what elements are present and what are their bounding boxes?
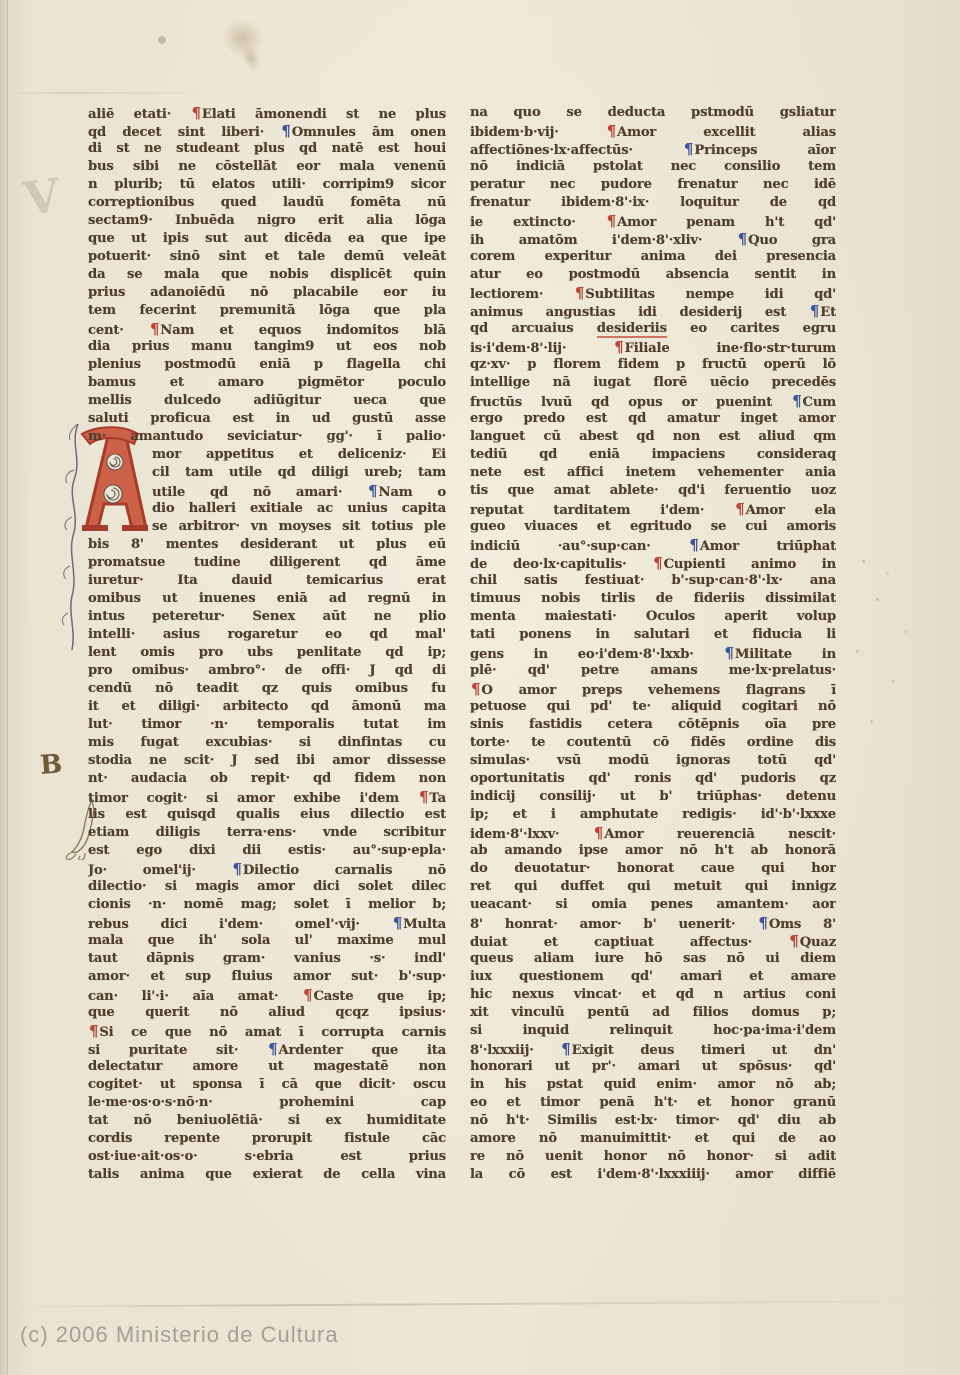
manuscript-line: qd arcuaius desideriis eo carites egru	[470, 320, 836, 338]
manuscript-line: qd decet sint liberi· ¶Omnules ām onen	[88, 122, 446, 140]
manuscript-line: talis anima que exierat de cella vina	[88, 1166, 446, 1184]
manuscript-line: atur eo postmodū absencia sentit in	[470, 266, 836, 284]
manuscript-line: amore nō manuimittit· et qui de ao	[470, 1130, 836, 1148]
binding-edge-line	[7, 0, 8, 1375]
manuscript-line: cogitet· ut sponsa ī cā que dicit· oscu	[88, 1076, 446, 1094]
manuscript-line: qz·xv· p florem fidem p fructū operū lō	[470, 356, 836, 374]
rubric-pilcrow-blue: ¶	[392, 914, 403, 932]
manuscript-line: aliē etati· ¶Elati āmonendi st ne plus	[88, 104, 446, 122]
rubric-pilcrow-red: ¶	[734, 500, 745, 518]
manuscript-line: dia prius manu tangim9 ut eos nob	[88, 338, 446, 356]
manuscript-line: chil satis festiuat· b'·sup·can·8'·lx· a…	[470, 572, 836, 590]
manuscript-line: Jo· omel'ij· ¶Dilectio carnalis nō	[88, 860, 446, 878]
manuscript-line: ab amando ipse amor nō h't ab honorā	[470, 842, 836, 860]
manuscript-line: peratur nec pudore frenatur nec idē	[470, 176, 836, 194]
manuscript-line: eo et timor penā h't· et honor granū	[470, 1094, 836, 1112]
rubric-pilcrow-red: ¶	[191, 104, 202, 122]
manuscript-line: iuretur· Ita dauid temicarius erat	[88, 572, 446, 590]
rubric-pilcrow-blue: ¶	[560, 1040, 571, 1058]
manuscript-line: ueacant· si omia penes amantem· aor	[470, 896, 836, 914]
manuscript-line: idem·8'·lxxv· ¶Amor reuerenciā nescit·	[470, 824, 836, 842]
margin-letter-b: B	[39, 749, 63, 780]
manuscript-line: nō indiciā pstolat nec consilio tem	[470, 158, 836, 176]
manuscript-line: petuose qui pd' te· aliquid cogitari nō	[470, 698, 836, 716]
manuscript-line: cordis repente prorupit fistule cāc	[88, 1130, 446, 1148]
manuscript-line: se arbitror· vn moyses sit totius ple	[88, 518, 446, 536]
rubric-pilcrow-red: ¶	[88, 1022, 99, 1040]
manuscript-line: duiat et captiuat affectus· ¶Quaz	[470, 932, 836, 950]
manuscript-line: dio halleri exitiale ac unius capita	[88, 500, 446, 518]
manuscript-line: tat nō beniuolētiā· si ex humiditate	[88, 1112, 446, 1130]
manuscript-line: ih amatōm i'dem·8'·xliv· ¶Quo gra	[470, 230, 836, 248]
rubric-pilcrow-red: ¶	[788, 932, 799, 950]
manuscript-line: intus peteretur· Senex aūt ne plio	[88, 608, 446, 626]
manuscript-line: lis est quisqd qualis eius dilectio est	[88, 806, 446, 824]
manuscript-line: m· amantudo seviciatur· gg'· ī palio·	[88, 428, 446, 446]
manuscript-line: delectatur amore ut magestatē non	[88, 1058, 446, 1076]
manuscript-line: sinis fastidis cetera cōtēpnis oīa pre	[470, 716, 836, 734]
manuscript-line: si inquid relinquit hoc·pa·ima·i'dem	[470, 1022, 836, 1040]
parchment-crease	[0, 92, 220, 94]
parchment-stain	[158, 36, 166, 44]
manuscript-line: correptionibus qued laudū fomēta nū	[88, 194, 446, 212]
manuscript-line: menta maiestati· Oculos aperit volup	[470, 608, 836, 626]
manuscript-line: timor cogit· si amor exhibe i'dem ¶Ta	[88, 788, 446, 806]
manuscript-line: it et diligi· arbitecto qd āmonū ma	[88, 698, 446, 716]
manuscript-line: fructūs lvuū qd opus or puenint ¶Cum	[470, 392, 836, 410]
manuscript-line: ret qui duffet qui metuit qui innigz	[470, 878, 836, 896]
text-column-left: aliē etati· ¶Elati āmonendi st ne plusqd…	[88, 104, 446, 1184]
manuscript-line: lent omis pro ubs penlitate qd ip;	[88, 644, 446, 662]
manuscript-line: promatsue tudine diligerent qd āme	[88, 554, 446, 572]
red-underlined-word: desideriis	[597, 321, 667, 338]
manuscript-line: amor· et sup fluius amor sut· b'·sup·	[88, 968, 446, 986]
rubric-pilcrow-blue: ¶	[737, 230, 748, 248]
manuscript-line: can· li'·i· aīa amat· ¶Caste que ip;	[88, 986, 446, 1004]
manuscript-line: sectam9· Inbuēda nigro erit alia lōga	[88, 212, 446, 230]
manuscript-line: rebus dici i'dem· omel'·vij· ¶Multa	[88, 914, 446, 932]
rubric-pilcrow-red: ¶	[574, 284, 585, 302]
manuscript-line: le·me·os·o·s·nō·n· prohemini cap	[88, 1094, 446, 1112]
manuscript-line: honorari ut pr'· amari ut spōsus· qd'	[470, 1058, 836, 1076]
manuscript-line: indicij consilij· ut b' triūphas· detenu	[470, 788, 836, 806]
manuscript-line: mala que ih' sola ul' maxime mul	[88, 932, 446, 950]
manuscript-line: potuerit· sinō sint et tale demū veleāt	[88, 248, 446, 266]
manuscript-line: animus angustias idi desiderij est ¶Et	[470, 302, 836, 320]
manuscript-line: que querit nō aliud qcqz ipsius·	[88, 1004, 446, 1022]
manuscript-line: la cō est i'dem·8'·lxxxiiij· amor diffiē	[470, 1166, 836, 1184]
manuscript-line: oportunitatis qd' ronis qd' pudoris qz	[470, 770, 836, 788]
manuscript-line: mellis dulcedo adiūgitur ueca que	[88, 392, 446, 410]
manuscript-line: languet cū abest qd non est aliud qm	[470, 428, 836, 446]
rubric-pilcrow-red: ¶	[470, 680, 481, 698]
rubric-pilcrow-red: ¶	[613, 338, 624, 356]
rubric-pilcrow-red: ¶	[606, 212, 617, 230]
manuscript-line: torte· te coutentū cō fidēs ordine dis	[470, 734, 836, 752]
rubric-pilcrow-red: ¶	[418, 788, 429, 806]
manuscript-line: que ut ipis sut aut dicēda ea que ipe	[88, 230, 446, 248]
manuscript-line: bis 8' mentes desiderant ut plus eū	[88, 536, 446, 554]
manuscript-line: plenius postmodū eniā p flagella chi	[88, 356, 446, 374]
manuscript-line: timuus nobis tirlis de fideriis dissimil…	[470, 590, 836, 608]
manuscript-line: hic nexus vincat· et qd n artius coni	[470, 986, 836, 1004]
rubric-pilcrow-blue: ¶	[280, 122, 291, 140]
manuscript-line: cionis ·n· nomē mag; solet ī melior b;	[88, 896, 446, 914]
manuscript-line: n plurib; tū elatos utili· corripim9 sic…	[88, 176, 446, 194]
rubric-pilcrow-blue: ¶	[809, 302, 820, 320]
manuscript-line: ergo predo est qd amatur inget amor	[470, 410, 836, 428]
manuscript-line: in his pstat quid enim· amor nō ab;	[470, 1076, 836, 1094]
manuscript-line: frenatur ibidem·8'·ix· loquitur de qd	[470, 194, 836, 212]
manuscript-line: affectiōnes·lx·affectūs· ¶Princeps aīor	[470, 140, 836, 158]
manuscript-line: si puritate sit· ¶Ardenter que ita	[88, 1040, 446, 1058]
manuscript-line: iux questionem qd' amari et amare	[470, 968, 836, 986]
manuscript-line: est ego dixi dii estis· au°·sup·epla·	[88, 842, 446, 860]
manuscript-line: bamus et amaro pigmētor poculo	[88, 374, 446, 392]
manuscript-line: mor appetitus et deliceniz· Ei	[88, 446, 446, 464]
manuscript-line: indiciū ·au°·sup·can· ¶Amor triūphat	[470, 536, 836, 554]
manuscript-line: nō h't· Similis est·lx· timor· qd' diu a…	[470, 1112, 836, 1130]
manuscript-line: re nō uenit honor nō honor· si adit	[470, 1148, 836, 1166]
manuscript-line: prius adanoiēdū nō placabile eor iu	[88, 284, 446, 302]
rubric-pilcrow-blue: ¶	[683, 140, 694, 158]
manuscript-line: nete est affici inetem vehementer ania	[470, 464, 836, 482]
manuscript-line: cendū nō teadit qz quis omibus fu	[88, 680, 446, 698]
manuscript-line: tem fecerint premunitā lōga que pla	[88, 302, 446, 320]
manuscript-line: tediū qd eniā impaciens consideraq	[470, 446, 836, 464]
manuscript-line: 8' honrat· amor· b' uenerit· ¶Oms 8'	[470, 914, 836, 932]
manuscript-line: mis fugat excubias· si dinfintas cu	[88, 734, 446, 752]
parchment-crease	[0, 1300, 960, 1308]
manuscript-line: plē· qd' petre amans me·lx·prelatus·	[470, 662, 836, 680]
manuscript-line: ¶O amor preps vehemens flagrans ī	[470, 680, 836, 698]
manuscript-line: etiam diligis terra·ens· vnde scribitur	[88, 824, 446, 842]
manuscript-line: do deuotatur· honorat caue qui hor	[470, 860, 836, 878]
rubric-pilcrow-red: ¶	[593, 824, 604, 842]
manuscript-line: xit vinculū pentū ad filios domus p;	[470, 1004, 836, 1022]
manuscript-line: ie extincto· ¶Amor penam h't qd'	[470, 212, 836, 230]
manuscript-line: is·i'dem·8'·lij· ¶Filiale ine·flo·str·tu…	[470, 338, 836, 356]
manuscript-line: saluti proficua est in ud gustū asse	[88, 410, 446, 428]
manuscript-line: intelli· asius rogaretur eo qd mal'	[88, 626, 446, 644]
rubric-pilcrow-red: ¶	[302, 986, 313, 1004]
manuscript-line: de deo·lx·capitulis· ¶Cupienti animo in	[470, 554, 836, 572]
manuscript-line: lectiorem· ¶Subtilitas nempe idi qd'	[470, 284, 836, 302]
manuscript-line: queus aliam iure hō sas nō ui diem	[470, 950, 836, 968]
text-column-right: na quo se deducta pstmodū gsliaturibidem…	[470, 104, 836, 1184]
manuscript-line: stodia ne scit· J sed ibi amor dissesse	[88, 752, 446, 770]
manuscript-line: nt· audacia ob repit· qd fidem non	[88, 770, 446, 788]
manuscript-line: cil tam utile qd diligi ureb; tam	[88, 464, 446, 482]
manuscript-line: tati ponens in salutari et fiducia li	[470, 626, 836, 644]
manuscript-line: intellige nā iugat florē uēcio precedēs	[470, 374, 836, 392]
manuscript-line: ibidem·b·vij· ¶Amor excellit alias	[470, 122, 836, 140]
manuscript-line: cent· ¶Nam et equos indomitos blā	[88, 320, 446, 338]
rubric-pilcrow-red: ¶	[149, 320, 160, 338]
manuscript-line: simulas· vsū modū ignoras totū qd'	[470, 752, 836, 770]
rubric-pilcrow-blue: ¶	[758, 914, 769, 932]
rubric-pilcrow-blue: ¶	[367, 482, 378, 500]
rubric-pilcrow-blue: ¶	[791, 392, 802, 410]
rubric-pilcrow-blue: ¶	[231, 860, 242, 878]
manuscript-line: ¶Si ce que nō amat ī corrupta carnis	[88, 1022, 446, 1040]
show-through-letter-v: V	[20, 168, 63, 226]
manuscript-line: pro omibus· ambro°· de offi· J qd di	[88, 662, 446, 680]
manuscript-line: bus sibi ne cōstellāt eor mala venenū	[88, 158, 446, 176]
manuscript-line: taut dāpnis gram· vanius ·s· indl'	[88, 950, 446, 968]
manuscript-page: { "page": { "copyright": "(c) 2006 Minis…	[0, 0, 960, 1375]
manuscript-line: da se mala que nobis displicēt quin	[88, 266, 446, 284]
copyright-watermark: (c) 2006 Ministerio de Cultura	[20, 1322, 339, 1348]
parchment-speckles	[862, 560, 865, 563]
manuscript-line: utile qd nō amari· ¶Nam o	[88, 482, 446, 500]
rubric-pilcrow-blue: ¶	[267, 1040, 278, 1058]
manuscript-line: 8'·lxxxiij· ¶Exigit deus timeri ut dn'	[470, 1040, 836, 1058]
manuscript-line: di st ne studeant plus qd natē est houi	[88, 140, 446, 158]
rubric-pilcrow-red: ¶	[652, 554, 663, 572]
manuscript-line: omibus ut inuenes eniā ad regnū in	[88, 590, 446, 608]
manuscript-line: ost·iue·ait·os·o· s·ebria est prius	[88, 1148, 446, 1166]
manuscript-line: reputat tarditatem i'dem· ¶Amor ela	[470, 500, 836, 518]
rubric-pilcrow-red: ¶	[606, 122, 617, 140]
red-underlined-word: desiderij	[679, 305, 742, 320]
manuscript-line: gens in eo·i'dem·8'·lxxb· ¶Militate in	[470, 644, 836, 662]
rubric-pilcrow-blue: ¶	[723, 644, 734, 662]
manuscript-line: corem experitur anima dei presencia	[470, 248, 836, 266]
manuscript-line: ip; et i amphutate redigis· id'·b'·lxxxe	[470, 806, 836, 824]
rubric-pilcrow-blue: ¶	[688, 536, 699, 554]
manuscript-line: dilectio· si magis amor dici solet dilec	[88, 878, 446, 896]
manuscript-line: gueo viuaces et egritudo se cui amoris	[470, 518, 836, 536]
manuscript-line: na quo se deducta pstmodū gsliatur	[470, 104, 836, 122]
manuscript-line: tis que amat ablete· qd'i feruentio uoz	[470, 482, 836, 500]
manuscript-line: lut· timor ·n· temporalis tutat im	[88, 716, 446, 734]
